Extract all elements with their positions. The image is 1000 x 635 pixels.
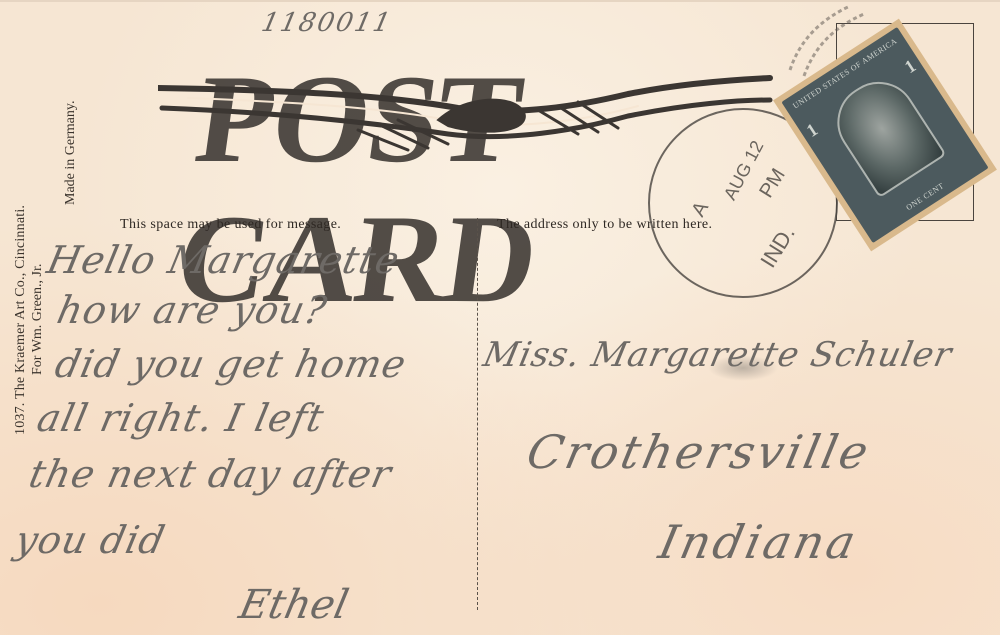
- message-line-5: the next day after: [25, 452, 396, 496]
- message-line-1: Hello Margarette: [43, 238, 404, 282]
- recipient-state: Indiana: [654, 515, 863, 569]
- stamp-denomination-right: 1: [901, 55, 920, 78]
- message-line-4: all right. I left: [33, 396, 328, 440]
- signature: Ethel: [235, 582, 352, 628]
- message-area-label: This space may be used for message.: [120, 217, 341, 233]
- center-divider: [477, 218, 478, 610]
- postmark-letter: A: [687, 198, 714, 221]
- message-line-6: you did: [11, 518, 169, 562]
- postcard-back: 1180011 Made in Germany. 1037. The Kraem…: [0, 0, 1000, 635]
- postmark-time: PM: [755, 165, 790, 203]
- ink-smudge: [708, 355, 778, 381]
- stamp-denomination-left: 1: [803, 119, 822, 142]
- catalog-number: 1180011: [259, 8, 395, 38]
- message-line-3: did you get home: [51, 342, 410, 386]
- stamp-portrait-icon: [823, 67, 947, 198]
- publisher-line-1: 1037. The Kraemer Art Co., Cincinnati.: [13, 205, 29, 435]
- recipient-city: Crothersville: [522, 425, 876, 479]
- message-line-2: how are you?: [53, 288, 331, 332]
- postmark-state: IND.: [755, 221, 800, 272]
- made-in-germany-text: Made in Germany.: [63, 101, 79, 205]
